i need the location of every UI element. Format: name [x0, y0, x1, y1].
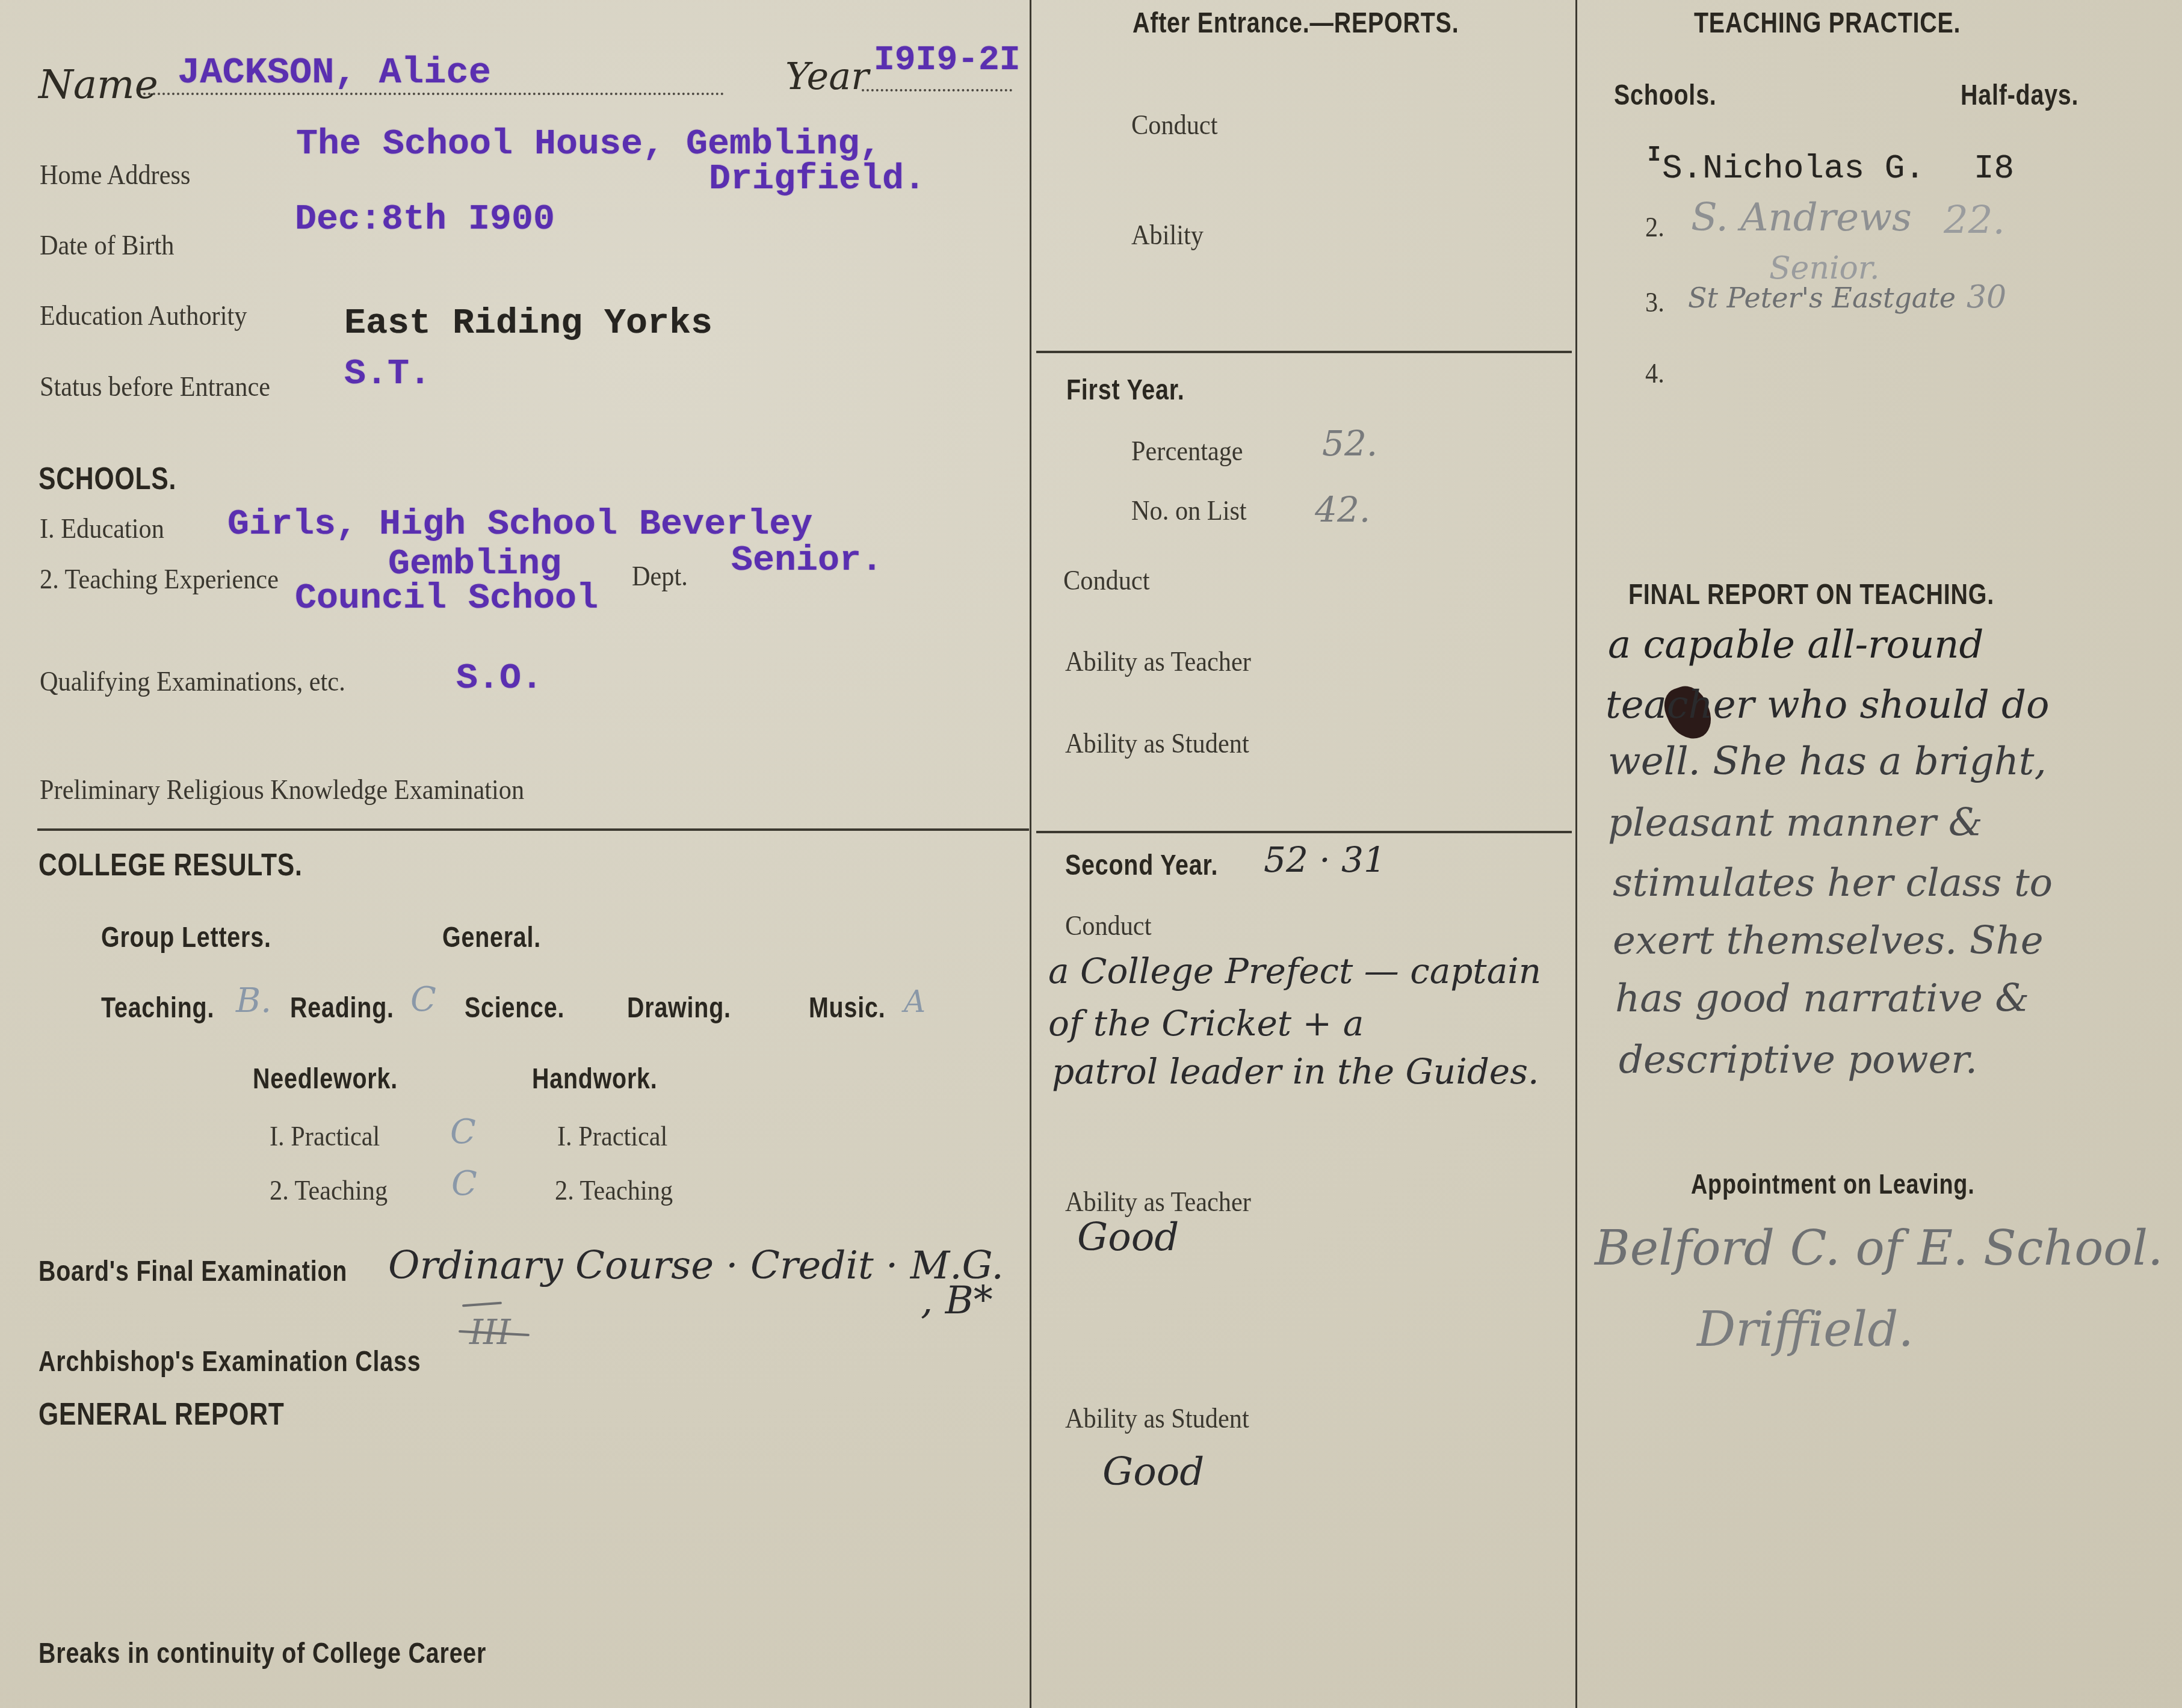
practice-entry-2-school[interactable]: S. Andrews — [1691, 199, 1912, 237]
practice-entry-2-num: 2. — [1645, 214, 1664, 241]
teaching-experience-label: 2. Teaching Experience — [40, 566, 279, 593]
after-entrance-ability-label: Ability — [1131, 221, 1204, 249]
religious-exam-label: Preliminary Religious Knowledge Examinat… — [40, 776, 524, 804]
boards-final-value[interactable]: Ordinary Course · Credit · M.G. — [388, 1247, 1004, 1285]
dob-label: Date of Birth — [40, 232, 174, 259]
teaching-experience-value-line2[interactable]: Council School — [295, 581, 598, 617]
archbishop-overline — [462, 1302, 502, 1307]
percentage-value[interactable]: 52. — [1322, 426, 1377, 461]
column-divider-right — [1575, 0, 1577, 1708]
subject-science-label: Science. — [465, 994, 564, 1023]
home-address-line1[interactable]: The School House, Gembling, — [296, 126, 881, 162]
second-year-ability-student-label: Ability as Student — [1065, 1405, 1249, 1432]
practice-entry-1-days[interactable]: I8 — [1974, 152, 2014, 185]
handwork-teaching-label: 2. Teaching — [555, 1177, 673, 1204]
practice-entry-3-num: 3. — [1645, 289, 1664, 316]
needlework-teaching-grade[interactable]: C — [451, 1167, 477, 1201]
general-label: General. — [442, 923, 541, 952]
final-report-line-3: well. She has a bright, — [1608, 742, 2047, 781]
subject-music-label: Music. — [809, 994, 885, 1023]
second-year-conduct-line3[interactable]: patrol leader in the Guides. — [1052, 1054, 1539, 1089]
needlework-practical-grade[interactable]: C — [450, 1115, 476, 1149]
general-report-label: GENERAL REPORT — [39, 1399, 285, 1430]
college-results-heading: COLLEGE RESULTS. — [39, 849, 303, 881]
schools-heading: SCHOOLS. — [39, 463, 176, 495]
practice-entry-3-days[interactable]: 30 — [1967, 282, 2006, 313]
percentage-label: Percentage — [1131, 437, 1243, 465]
final-report-line-2: teacher who should do — [1606, 686, 2050, 724]
final-report-line-5: stimulates her class to — [1613, 864, 2053, 902]
status-value[interactable]: S.T. — [344, 356, 431, 392]
needlework-practical-label: I. Practical — [270, 1123, 380, 1150]
teaching-experience-value-line1[interactable]: Gembling — [388, 546, 561, 582]
breaks-label: Breaks in continuity of College Career — [39, 1639, 486, 1668]
final-report-line-1: a capable all-round — [1608, 626, 1984, 664]
first-year-ability-teacher-label: Ability as Teacher — [1065, 648, 1251, 676]
boards-final-value-2[interactable]: , B* — [921, 1281, 993, 1320]
needlework-label: Needlework. — [253, 1065, 398, 1094]
year-value[interactable]: I9I9-2I — [874, 43, 1021, 78]
name-label: Name — [39, 65, 158, 105]
teaching-practice-heading: TEACHING PRACTICE. — [1694, 9, 1961, 38]
handwork-practical-label: I. Practical — [557, 1123, 667, 1150]
divider-mid-first-year — [1036, 831, 1572, 833]
second-year-ability-teacher-value[interactable]: Good — [1077, 1218, 1179, 1257]
education-value[interactable]: Girls, High School Beverley — [227, 507, 812, 543]
first-year-conduct-label: Conduct — [1063, 567, 1149, 594]
final-report-heading: FINAL REPORT ON TEACHING. — [1628, 581, 1994, 609]
practice-entry-2-note[interactable]: Senior. — [1769, 253, 1880, 284]
education-label: I. Education — [40, 515, 164, 543]
name-value[interactable]: JACKSON, Alice — [178, 54, 491, 91]
appointment-line1[interactable]: Belford C. of E. School. — [1595, 1224, 2163, 1272]
dept-label: Dept. — [632, 563, 688, 590]
practice-entry-2-days[interactable]: 22. — [1944, 202, 2005, 240]
second-year-ability-student-value[interactable]: Good — [1102, 1453, 1204, 1491]
second-year-conduct-line2[interactable]: of the Cricket + a — [1048, 1006, 1364, 1041]
qualifying-label: Qualifying Examinations, etc. — [40, 668, 345, 695]
group-letters-label: Group Letters. — [101, 923, 271, 952]
archbishop-label: Archbishop's Examination Class — [39, 1348, 421, 1377]
subject-teaching-label: Teaching. — [101, 994, 214, 1023]
dept-value[interactable]: Senior. — [731, 543, 883, 579]
no-on-list-label: No. on List — [1131, 497, 1247, 525]
authority-label: Education Authority — [40, 302, 247, 330]
final-report-line-4: pleasant manner & — [1608, 804, 1983, 842]
authority-value[interactable]: East Riding Yorks — [344, 306, 712, 342]
home-address-label: Home Address — [40, 161, 190, 189]
first-year-heading: First Year. — [1066, 376, 1184, 405]
subject-teaching-grade[interactable]: B. — [236, 984, 271, 1018]
first-year-ability-student-label: Ability as Student — [1065, 730, 1249, 757]
subject-music-grade[interactable]: A — [904, 987, 926, 1017]
home-address-line2[interactable]: Drigfield. — [709, 161, 926, 197]
second-year-ability-teacher-label: Ability as Teacher — [1065, 1188, 1251, 1216]
half-days-column-label: Half-days. — [1961, 81, 2078, 110]
divider-left-schools — [37, 828, 1029, 831]
appointment-heading: Appointment on Leaving. — [1691, 1170, 1974, 1198]
no-on-list-value[interactable]: 42. — [1315, 492, 1370, 527]
practice-entry-1-num: I — [1648, 144, 1661, 166]
needlework-teaching-label: 2. Teaching — [270, 1177, 388, 1204]
practice-entry-3-school[interactable]: St Peter's Eastgate — [1688, 284, 1956, 312]
final-report-line-8: descriptive power. — [1619, 1041, 1977, 1079]
schools-column-label: Schools. — [1614, 81, 1717, 110]
qualifying-value[interactable]: S.O. — [456, 661, 543, 697]
final-report-line-7: has good narrative & — [1615, 979, 2029, 1018]
after-entrance-conduct-label: Conduct — [1131, 111, 1217, 139]
year-label: Year — [785, 58, 869, 95]
second-year-conduct-label: Conduct — [1065, 912, 1151, 940]
status-label: Status before Entrance — [40, 373, 270, 401]
practice-entry-4-num: 4. — [1645, 360, 1664, 387]
column-divider-left — [1030, 0, 1031, 1708]
subject-reading-label: Reading. — [290, 994, 394, 1023]
dob-value[interactable]: Dec:8th I900 — [295, 202, 555, 238]
second-year-heading: Second Year. — [1065, 851, 1218, 880]
subject-reading-grade[interactable]: C — [410, 983, 436, 1017]
divider-mid-after-entrance — [1036, 351, 1572, 353]
handwork-label: Handwork. — [532, 1065, 658, 1094]
second-year-value[interactable]: 52 · 31 — [1264, 842, 1386, 877]
appointment-line2[interactable]: Driffield. — [1697, 1306, 1914, 1354]
subject-drawing-label: Drawing. — [627, 994, 731, 1023]
final-report-line-6: exert themselves. She — [1613, 922, 2044, 960]
practice-entry-1-school[interactable]: S.Nicholas G. — [1662, 152, 1925, 185]
after-entrance-heading: After Entrance.—REPORTS. — [1133, 9, 1459, 38]
second-year-conduct-line1[interactable]: a College Prefect — captain — [1048, 954, 1541, 988]
year-dotted-line — [862, 89, 1012, 91]
boards-final-label: Board's Final Examination — [39, 1257, 347, 1286]
